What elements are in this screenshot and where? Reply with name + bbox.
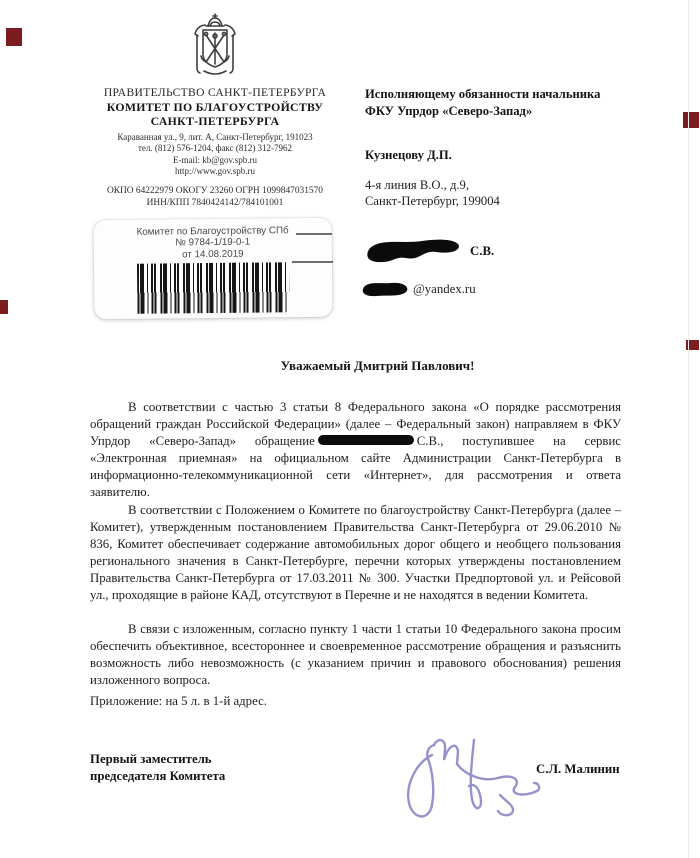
letterhead-phone-fax: тел. (812) 576-1204, факс (812) 312-7962 [72,143,358,154]
inline-redaction-bar [318,435,414,445]
scan-artifact [6,28,22,46]
recipient-address: 4-я линия В.О., д.9, Санкт-Петербург, 19… [365,177,675,209]
salutation: Уважаемый Дмитрий Павлович! [90,358,620,374]
scan-artifact [683,112,699,128]
applicant-initials: С.В. [470,244,494,259]
page-edge-shadow [688,0,689,858]
signer-title-line1: Первый заместитель [90,751,225,768]
recipient-address-line1: 4-я линия В.О., д.9, [365,177,675,193]
letterhead-codes: ОКПО 64222979 ОКОГУ 23260 ОГРН 109984703… [72,186,358,209]
redaction-bar-icon [360,278,412,300]
recipient-block: Исполняющему обязанности начальника ФКУ … [365,86,675,209]
paragraph-3: В связи с изложенным, согласно пункту 1 … [90,621,621,689]
attachment-note: Приложение: на 5 л. в 1-й адрес. [90,694,267,709]
letterhead-committee-line1: КОМИТЕТ ПО БЛАГОУСТРОЙСТВУ [72,101,358,115]
barcode [137,262,290,314]
letterhead-website: http://www.gov.spb.ru [72,166,358,177]
scanned-letter-page: ПРАВИТЕЛЬСТВО САНКТ-ПЕТЕРБУРГА КОМИТЕТ П… [0,0,700,858]
recipient-address-line2: Санкт-Петербург, 199004 [365,193,675,209]
paragraph-1: В соответствии с частью 3 статьи 8 Федер… [90,399,621,501]
redaction-bar-icon [362,236,468,266]
letterhead: ПРАВИТЕЛЬСТВО САНКТ-ПЕТЕРБУРГА КОМИТЕТ П… [72,13,358,209]
signature-scribble-icon [388,733,550,833]
letterhead-committee-line2: САНКТ-ПЕТЕРБУРГА [72,115,358,129]
recipient-position-line2: ФКУ Упрдор «Северо-Запад» [365,103,675,120]
scan-artifact [0,300,8,314]
applicant-email-row: @yandex.ru [360,278,476,300]
applicant-name-row: С.В. [362,236,494,266]
spb-coat-of-arms-icon [175,13,255,79]
stamp-field-line [296,233,332,235]
letterhead-address: Караванная ул., 9, лит. А, Санкт-Петербу… [72,132,358,177]
stamp-field-line [292,261,333,263]
letterhead-inn-line: ИНН/КПП 7840424142/784101001 [72,198,358,210]
signer-title: Первый заместитель председателя Комитета [90,751,225,785]
letterhead-government: ПРАВИТЕЛЬСТВО САНКТ-ПЕТЕРБУРГА [72,86,358,99]
signer-name: С.Л. Малинин [536,762,620,777]
applicant-email-domain: @yandex.ru [413,282,476,297]
letterhead-street: Караванная ул., 9, лит. А, Санкт-Петербу… [72,132,358,143]
recipient-position-line1: Исполняющему обязанности начальника [365,86,675,103]
recipient-name: Кузнецову Д.П. [365,148,675,163]
letterhead-email: E-mail: kb@gov.spb.ru [72,155,358,166]
paragraph-2: В соответствии с Положением о Комитете п… [90,502,621,604]
letterhead-okpo-line: ОКПО 64222979 ОКОГУ 23260 ОГРН 109984703… [72,186,358,198]
signer-title-line2: председателя Комитета [90,768,225,785]
